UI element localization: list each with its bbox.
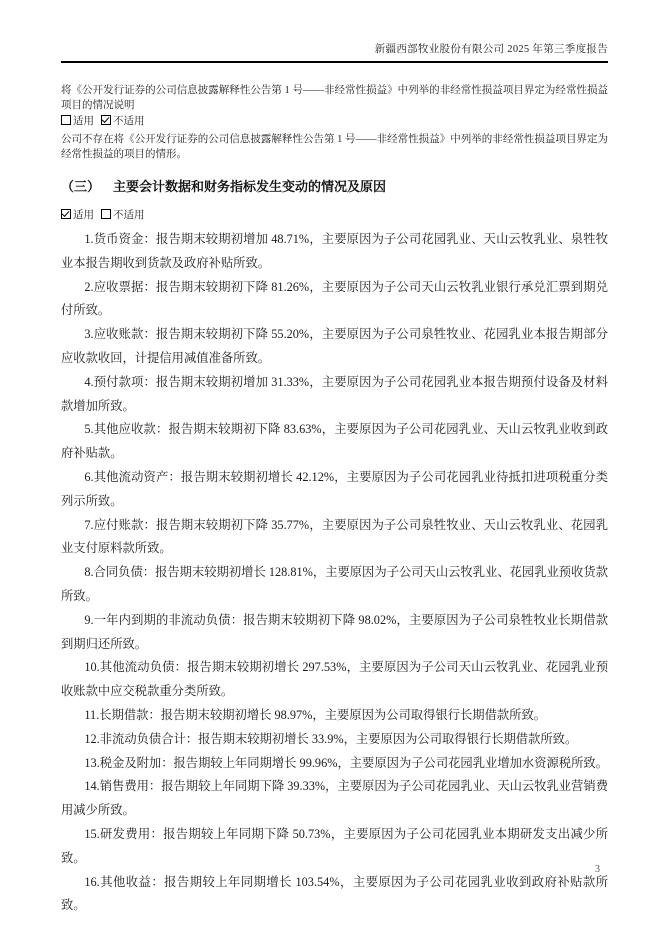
not-applicable-label: 不适用: [113, 116, 145, 127]
report-page: 新疆西部牧业股份有限公司 2025 年第三季度报告 将《公开发行证券的公司信息披…: [0, 0, 662, 936]
page-number: 3: [595, 864, 600, 875]
list-item: 13.税金及附加：报告期较上年同期增长 99.96%，主要原因为子公司花园乳业增…: [61, 752, 608, 776]
not-applicable-option: 不适用: [101, 210, 145, 221]
list-item: 5.其他应收款：报告期末较期初下降 83.63%，主要原因为子公司花园乳业、天山…: [61, 418, 608, 466]
change-reason-list: 1.货币资金：报告期末较期初增加 48.71%，主要原因为子公司花园乳业、天山云…: [61, 228, 608, 918]
list-item: 3.应收账款：报告期末较期初下降 55.20%，主要原因为子公司泉牲牧业、花园乳…: [61, 323, 608, 371]
list-item: 12.非流动负债合计：报告期末较期初增长 33.9%，主要原因为公司取得银行长期…: [61, 728, 608, 752]
list-item: 2.应收票据：报告期末较期初下降 81.26%，主要原因为子公司天山云牧乳业银行…: [61, 276, 608, 324]
list-item: 14.销售费用：报告期较上年同期下降 39.33%，主要原因为子公司花园乳业、天…: [61, 775, 608, 823]
checkbox-applicable-checked: [61, 209, 71, 219]
list-item: 10.其他流动负债：报告期末较期初增长 297.53%，主要原因为子公司天山云牧…: [61, 656, 608, 704]
list-item: 8.合同负债：报告期末较期初增长 128.81%，主要原因为子公司天山云牧乳业、…: [61, 561, 608, 609]
checkbox-not-applicable-checked: [101, 115, 111, 125]
section-number: （三）: [61, 179, 100, 194]
not-applicable-label: 不适用: [113, 210, 145, 221]
non-recurring-items-note: 将《公开发行证券的公司信息披露解释性公告第 1 号——非经常性损益》中列举的非经…: [61, 83, 608, 162]
list-item: 15.研发费用：报告期较上年同期下降 50.73%，主要原因为子公司花园乳业本期…: [61, 823, 608, 871]
not-applicable-option: 不适用: [101, 116, 145, 127]
list-item: 6.其他流动资产：报告期末较期初增长 42.12%，主要原因为子公司花园乳业待抵…: [61, 466, 608, 514]
header-rule: [61, 61, 608, 63]
checkbox-applicable-unchecked: [61, 115, 71, 125]
list-item: 11.长期借款：报告期末较期初增长 98.97%，主要原因为公司取得银行长期借款…: [61, 704, 608, 728]
applicable-option: 适用: [61, 210, 94, 221]
note-intro: 将《公开发行证券的公司信息披露解释性公告第 1 号——非经常性损益》中列举的非经…: [61, 83, 608, 113]
list-item: 16.其他收益：报告期较上年同期增长 103.54%，主要原因为子公司花园乳业收…: [61, 871, 608, 919]
note-statement: 公司不存在将《公开发行证券的公司信息披露解释性公告第 1 号——非经常性损益》中…: [61, 132, 608, 162]
list-item: 1.货币资金：报告期末较期初增加 48.71%，主要原因为子公司花园乳业、天山云…: [61, 228, 608, 276]
applicable-label: 适用: [73, 210, 94, 221]
applicability-row-1: 适用不适用: [61, 114, 608, 129]
list-item: 7.应付账款：报告期末较期初下降 35.77%，主要原因为子公司泉牲牧业、天山云…: [61, 514, 608, 562]
list-item: 9.一年内到期的非流动负债：报告期末较期初下降 98.02%，主要原因为子公司泉…: [61, 609, 608, 657]
checkbox-not-applicable-unchecked: [101, 209, 111, 219]
section-three-heading: （三）主要会计数据和财务指标发生变动的情况及原因: [61, 178, 608, 195]
applicable-label: 适用: [73, 116, 94, 127]
section-title: 主要会计数据和财务指标发生变动的情况及原因: [113, 179, 386, 194]
list-item: 4.预付款项：报告期末较期初增加 31.33%，主要原因为子公司花园乳业本报告期…: [61, 371, 608, 419]
running-header: 新疆西部牧业股份有限公司 2025 年第三季度报告: [61, 43, 608, 56]
applicable-option: 适用: [61, 116, 94, 127]
applicability-row-2: 适用不适用: [61, 208, 608, 223]
